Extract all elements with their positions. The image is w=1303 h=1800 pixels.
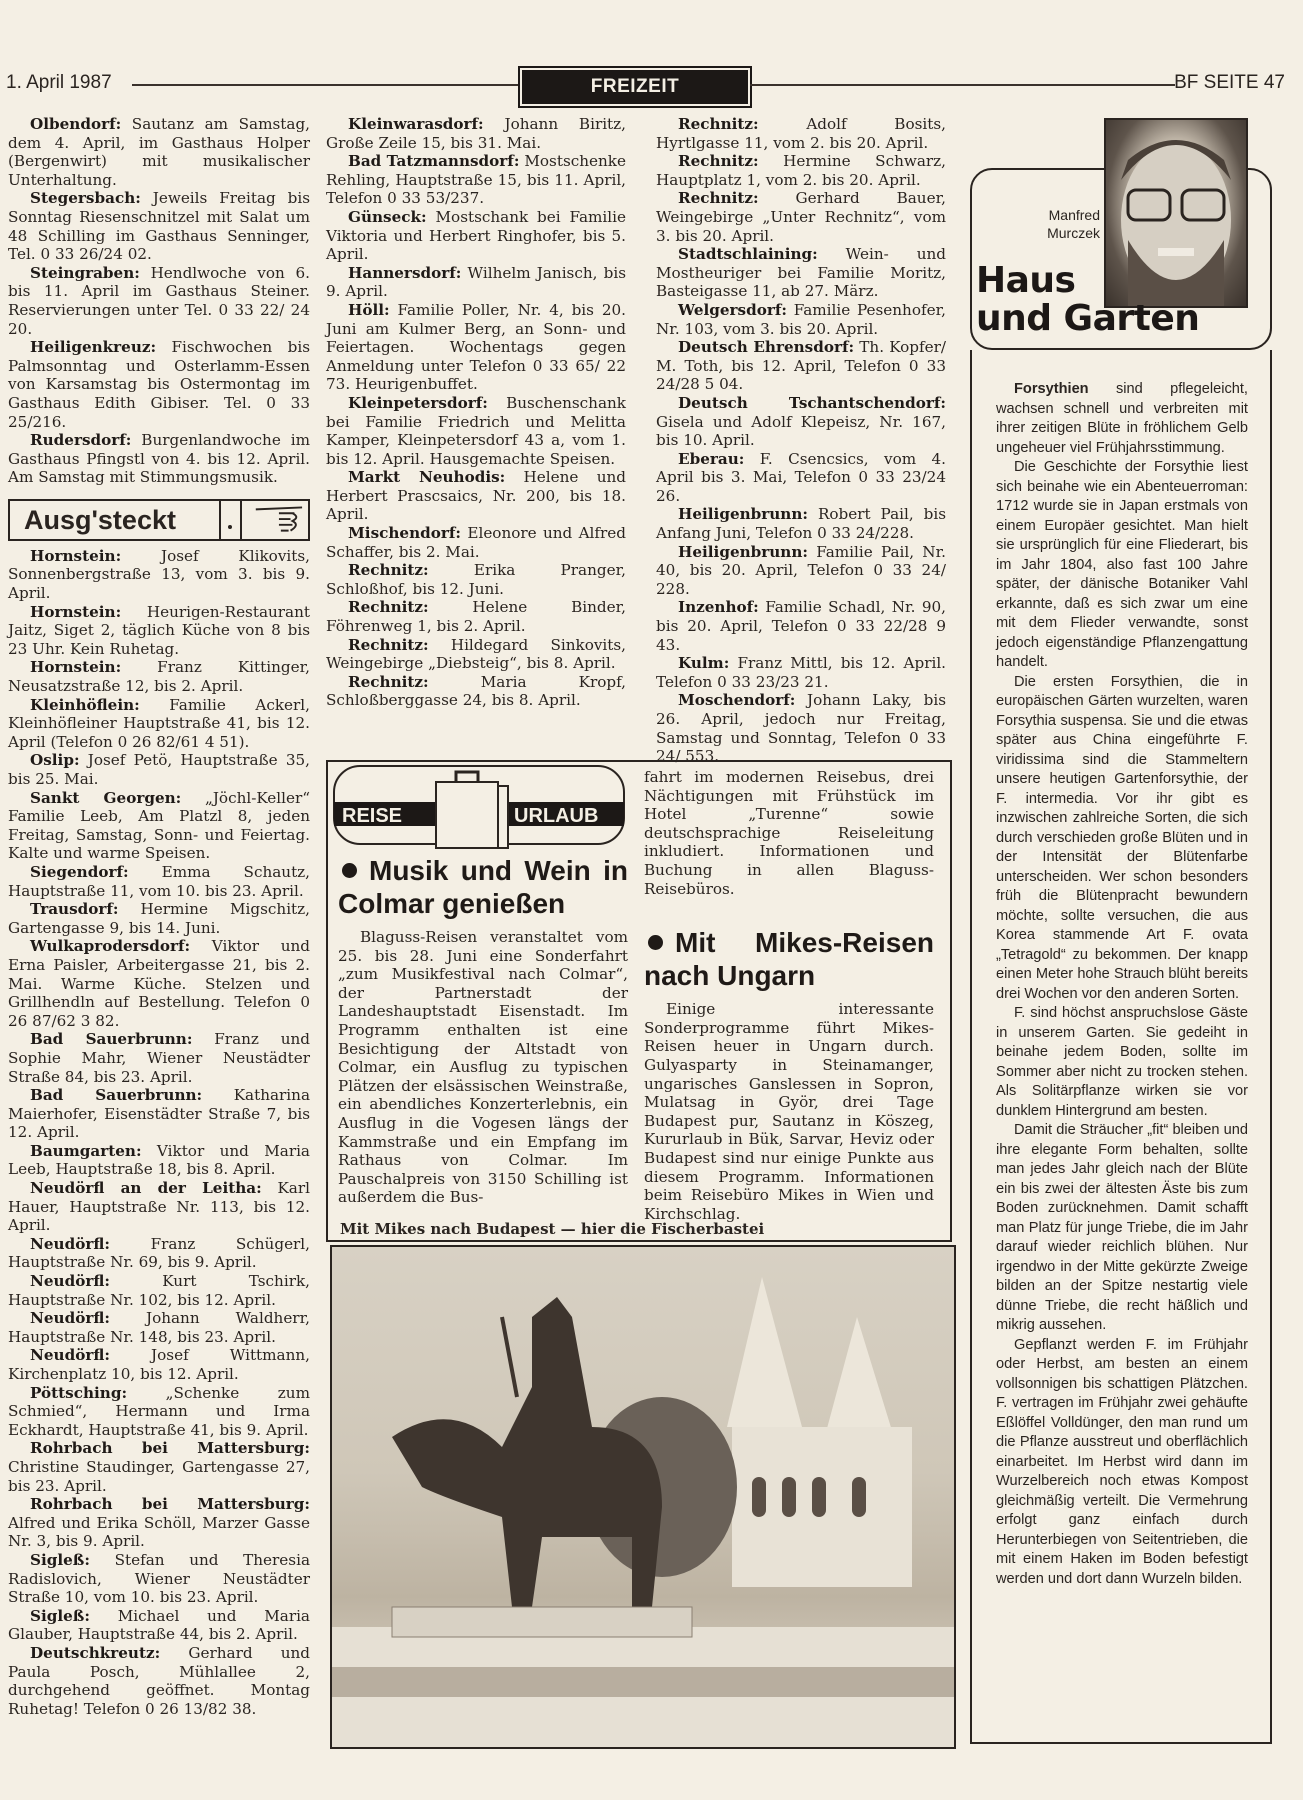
listing-entry: Eberau: F. Csencsics, vom 4. April bis 3… [656, 450, 946, 506]
listing-place: Markt Neuhodis: [348, 468, 505, 486]
listing-entry: Siegendorf: Emma Schautz, Hauptstraße 11… [8, 863, 310, 900]
fischerbastei-photo [330, 1245, 956, 1749]
listing-place: Neudörfl: [30, 1309, 110, 1327]
listing-place: Neudörfl: [30, 1272, 110, 1290]
reise-urlaub-banner: REISE URLAUB [330, 762, 628, 850]
listing-entry: Oslip: Josef Petö, Hauptstraße 35, bis 2… [8, 751, 310, 788]
listing-place: Baumgarten: [30, 1142, 142, 1160]
listing-entry: Moschendorf: Johann Laky, bis 26. April,… [656, 691, 946, 765]
listing-entry: Olbendorf: Sautanz am Samstag, dem 4. Ap… [8, 115, 310, 189]
listing-entry: Günseck: Mostschank bei Familie Viktoria… [326, 208, 626, 264]
article-colmar: Musik und Wein in Colmar genießen Blagus… [338, 854, 628, 1207]
listing-entry: Hornstein: Josef Klikovits, Sonnenbergst… [8, 547, 310, 603]
ausgsteckt-list: Hornstein: Josef Klikovits, Sonnenbergst… [8, 547, 310, 1718]
listing-entry: Pöttsching: „Schenke zum Schmied“, Herma… [8, 1384, 310, 1440]
listing-place: Neudörfl an der Leitha: [30, 1179, 262, 1197]
listing-entry: Markt Neuhodis: Helene und Herbert Prasc… [326, 468, 626, 524]
listing-place: Trausdorf: [30, 900, 119, 918]
listing-place: Inzenhof: [678, 598, 759, 616]
listing-entry: Welgersdorf: Familie Pesenhofer, Nr. 103… [656, 301, 946, 338]
column-events: Olbendorf: Sautanz am Samstag, dem 4. Ap… [8, 115, 310, 1718]
garden-paragraph: Die Geschichte der Forsythie liest sich … [996, 458, 1248, 673]
listing-place: Kleinhöflein: [30, 696, 140, 714]
listing-details: Gisela und Adolf Klepeisz, Nr. 167, bis … [656, 413, 946, 450]
listing-entry: Rechnitz: Adolf Bosits, Hyrtlgasse 11, v… [656, 115, 946, 152]
listing-place: Hornstein: [30, 658, 121, 676]
listing-entry: Neudörfl: Kurt Tschirk, Hauptstraße Nr. … [8, 1272, 310, 1309]
listing-entry: Kleinpetersdorf: Buschenschank bei Famil… [326, 394, 626, 468]
listing-entry: Rechnitz: Hildegard Sinkovits, Weingebir… [326, 636, 626, 673]
article-colmar-title: Musik und Wein in Colmar genießen [338, 854, 628, 920]
listing-place: Rudersdorf: [30, 431, 131, 449]
listing-place: Kulm: [678, 654, 729, 672]
listing-place: Heiligenkreuz: [30, 338, 156, 356]
listing-place: Rechnitz: [348, 673, 429, 691]
listing-place: Heiligenbrunn: [678, 505, 808, 523]
svg-text:URLAUB: URLAUB [514, 805, 598, 827]
header-rule-left [132, 84, 520, 86]
listing-entry: Inzenhof: Familie Schadl, Nr. 90, bis 20… [656, 598, 946, 654]
listing-entry: Heiligenbrunn: Familie Pail, Nr. 40, bis… [656, 543, 946, 599]
listing-entry: Höll: Familie Poller, Nr. 4, bis 20. Jun… [326, 301, 626, 394]
listing-entry: Mischendorf: Eleonore und Alfred Schaffe… [326, 524, 626, 561]
listing-entry: Hannersdorf: Wilhelm Janisch, bis 9. Apr… [326, 264, 626, 301]
listing-entry: Wulkaprodersdorf: Viktor und Erna Paisle… [8, 937, 310, 1030]
bullet-icon [648, 935, 663, 950]
listing-entry: Sigleß: Michael und Maria Glauber, Haupt… [8, 1607, 310, 1644]
listing-entry: Neudörfl: Franz Schügerl, Hauptstraße Nr… [8, 1235, 310, 1272]
article-mikes-title: Mit Mikes-Reisen nach Ungarn [644, 926, 934, 992]
article-mikes-body: Einige interessante Sonderprogramme führ… [644, 1000, 934, 1223]
listing-place: Rohrbach bei Mattersburg: [30, 1495, 310, 1513]
listing-entry: Kleinhöflein: Familie Ackerl, Kleinhöfle… [8, 696, 310, 752]
listing-place: Siegendorf: [30, 863, 129, 881]
listing-place: Mischendorf: [348, 524, 461, 542]
listing-entry: Stegersbach: Jeweils Freitag bis Sonntag… [8, 189, 310, 263]
suitcase-icon [436, 772, 508, 848]
listing-place: Hornstein: [30, 603, 121, 621]
garden-paragraph: Damit die Sträucher „fit“ bleiben und ih… [996, 1121, 1248, 1336]
listing-place: Stegersbach: [30, 189, 141, 207]
heurige-list-2: Kleinwarasdorf: Johann Biritz, Große Zei… [326, 115, 626, 710]
listing-entry: Trausdorf: Hermine Migschitz, Gartengass… [8, 900, 310, 937]
section-title: FREIZEIT [522, 70, 748, 104]
listing-entry: Rohrbach bei Mattersburg: Christine Stau… [8, 1439, 310, 1495]
listing-place: Bad Sauerbrunn: [30, 1030, 192, 1048]
listing-entry: Baumgarten: Viktor und Maria Leeb, Haupt… [8, 1142, 310, 1179]
listing-entry: Rechnitz: Hermine Schwarz, Hauptplatz 1,… [656, 152, 946, 189]
listing-place: Rechnitz: [348, 636, 429, 654]
listing-place: Moschendorf: [678, 691, 795, 709]
equestrian-statue-illustration [332, 1247, 954, 1747]
listing-place: Heiligenbrunn: [678, 543, 808, 561]
listing-place: Sigleß: [30, 1551, 90, 1569]
listing-place: Neudörfl: [30, 1235, 110, 1253]
listing-entry: Bad Sauerbrunn: Franz und Sophie Mahr, W… [8, 1030, 310, 1086]
header-rule-right [750, 84, 1175, 86]
listing-entry: Neudörfl an der Leitha: Karl Hauer, Haup… [8, 1179, 310, 1235]
listing-entry: Steingraben: Hendlwoche von 6. bis 11. A… [8, 264, 310, 338]
listing-place: Höll: [348, 301, 390, 319]
listing-place: Hornstein: [30, 547, 121, 565]
listing-place: Wulkaprodersdorf: [30, 937, 190, 955]
article-colmar-continued: fahrt im modernen Reisebus, drei Nächtig… [644, 768, 934, 1223]
listing-place: Stadtschlaining: [678, 245, 818, 263]
listing-place: Bad Tatzmannsdorf: [348, 152, 519, 170]
listing-place: Günseck: [348, 208, 427, 226]
listing-entry: Rechnitz: Helene Binder, Föhrenweg 1, bi… [326, 598, 626, 635]
garden-paragraph-lead: Forsythien sind pflegeleicht, wachsen sc… [996, 380, 1248, 458]
listing-place: Bad Sauerbrunn: [30, 1086, 202, 1104]
listing-place: Rohrbach bei Mattersburg: [30, 1439, 310, 1457]
listing-entry: Bad Sauerbrunn: Katharina Maierhofer, Ei… [8, 1086, 310, 1142]
ausgsteckt-title: Ausg'steckt [10, 511, 219, 530]
travel-box: REISE URLAUB Musik und Wein in Colmar ge… [326, 760, 952, 1242]
author-name: Manfred Murczek [1010, 206, 1100, 242]
garden-paragraph: Gepflanzt werden F. im Frühjahr oder Her… [996, 1336, 1248, 1590]
listing-place: Rechnitz: [348, 598, 429, 616]
listing-place: Sigleß: [30, 1607, 90, 1625]
svg-text:REISE: REISE [342, 805, 402, 827]
listing-entry: Rechnitz: Erika Pranger, Schloßhof, bis … [326, 561, 626, 598]
ausgsteckt-heading: Ausg'steckt [8, 499, 310, 541]
listing-place: Welgersdorf: [678, 301, 787, 319]
article-colmar-body: Blaguss-Reisen veranstaltet vom 25. bis … [338, 928, 628, 1207]
pointing-hand-icon [250, 503, 308, 537]
listing-place: Olbendorf: [30, 115, 121, 133]
listing-place: Deutsch Ehrensdorf: [678, 338, 854, 356]
listing-place: Steingraben: [30, 264, 140, 282]
listing-entry: Rechnitz: Gerhard Bauer, Weingebirge „Un… [656, 189, 946, 245]
listing-entry: Bad Tatzmannsdorf: Mostschenke Rehling, … [326, 152, 626, 208]
heurige-list-3: Rechnitz: Adolf Bosits, Hyrtlgasse 11, v… [656, 115, 946, 766]
listing-entry: Neudörfl: Josef Wittmann, Kirchenplatz 1… [8, 1346, 310, 1383]
listing-place: Kleinwarasdorf: [348, 115, 484, 133]
listing-entry: Heiligenbrunn: Robert Pail, bis Anfang J… [656, 505, 946, 542]
column-heurige-3: Rechnitz: Adolf Bosits, Hyrtlgasse 11, v… [656, 115, 946, 766]
garden-article-box: Forsythien sind pflegeleicht, wachsen sc… [970, 350, 1272, 1744]
column-heurige-2: Kleinwarasdorf: Johann Biritz, Große Zei… [326, 115, 626, 710]
garden-paragraph: Die ersten Forsythien, die in europäisch… [996, 673, 1248, 1005]
listing-entry: Stadtschlaining: Wein- und Mostheuriger … [656, 245, 946, 301]
listing-place: Eberau: [678, 450, 744, 468]
listing-place: Deutschkreutz: [30, 1644, 160, 1662]
listing-entry: Deutschkreutz: Gerhard und Paula Posch, … [8, 1644, 310, 1718]
listing-entry: Sankt Georgen: „Jöchl-Keller“ Familie Le… [8, 789, 310, 863]
listing-entry: Deutsch Tschantschendorf: Gisela und Ado… [656, 394, 946, 450]
listing-place: Rechnitz: [678, 152, 759, 170]
listing-entry: Rudersdorf: Burgenlandwoche im Gasthaus … [8, 431, 310, 487]
listing-place: Oslip: [30, 751, 80, 769]
listing-entry: Kleinwarasdorf: Johann Biritz, Große Zei… [326, 115, 626, 152]
listing-entry: Rohrbach bei Mattersburg: Alfred und Eri… [8, 1495, 310, 1551]
garden-paragraph: F. sind höchst anspruchslose Gäste in un… [996, 1004, 1248, 1121]
listing-place: Deutsch Tschantschendorf: [678, 394, 946, 412]
listing-place: Neudörfl: [30, 1346, 110, 1364]
listing-entry: Neudörfl: Johann Waldherr, Hauptstraße N… [8, 1309, 310, 1346]
listing-place: Sankt Georgen: [30, 789, 181, 807]
photo-caption: Mit Mikes nach Budapest — hier die Fisch… [340, 1220, 764, 1238]
garden-article: Forsythien sind pflegeleicht, wachsen sc… [996, 380, 1248, 1589]
listing-entry: Rechnitz: Maria Kropf, Schloßberggasse 2… [326, 673, 626, 710]
column-title: Haus und Garten [976, 262, 1199, 338]
page-number: BF SEITE 47 [1174, 72, 1285, 94]
listing-place: Rechnitz: [678, 189, 759, 207]
listing-entry: Deutsch Ehrensdorf: Th. Kopfer/ M. Toth,… [656, 338, 946, 394]
listing-entry: Sigleß: Stefan und Theresia Radislovich,… [8, 1551, 310, 1607]
listing-entry: Hornstein: Heurigen-Restaurant Jaitz, Si… [8, 603, 310, 659]
listing-place: Rechnitz: [348, 561, 429, 579]
listing-details: Alfred und Erika Schöll, Marzer Gasse Nr… [8, 1514, 310, 1551]
listing-place: Rechnitz: [678, 115, 759, 133]
listing-entry: Kulm: Franz Mittl, bis 12. April. Telefo… [656, 654, 946, 691]
signpost-icon [219, 501, 242, 539]
listing-entry: Heiligenkreuz: Fischwochen bis Palmsonnt… [8, 338, 310, 431]
listing-place: Hannersdorf: [348, 264, 461, 282]
events-list: Olbendorf: Sautanz am Samstag, dem 4. Ap… [8, 115, 310, 487]
issue-date: 1. April 1987 [6, 72, 112, 94]
bullet-icon [342, 863, 357, 878]
listing-entry: Hornstein: Franz Kittinger, Neusatzstraß… [8, 658, 310, 695]
listing-place: Kleinpetersdorf: [348, 394, 488, 412]
listing-place: Pöttsching: [30, 1384, 127, 1402]
listing-details: Christine Staudinger, Gartengasse 27, bi… [8, 1458, 310, 1495]
